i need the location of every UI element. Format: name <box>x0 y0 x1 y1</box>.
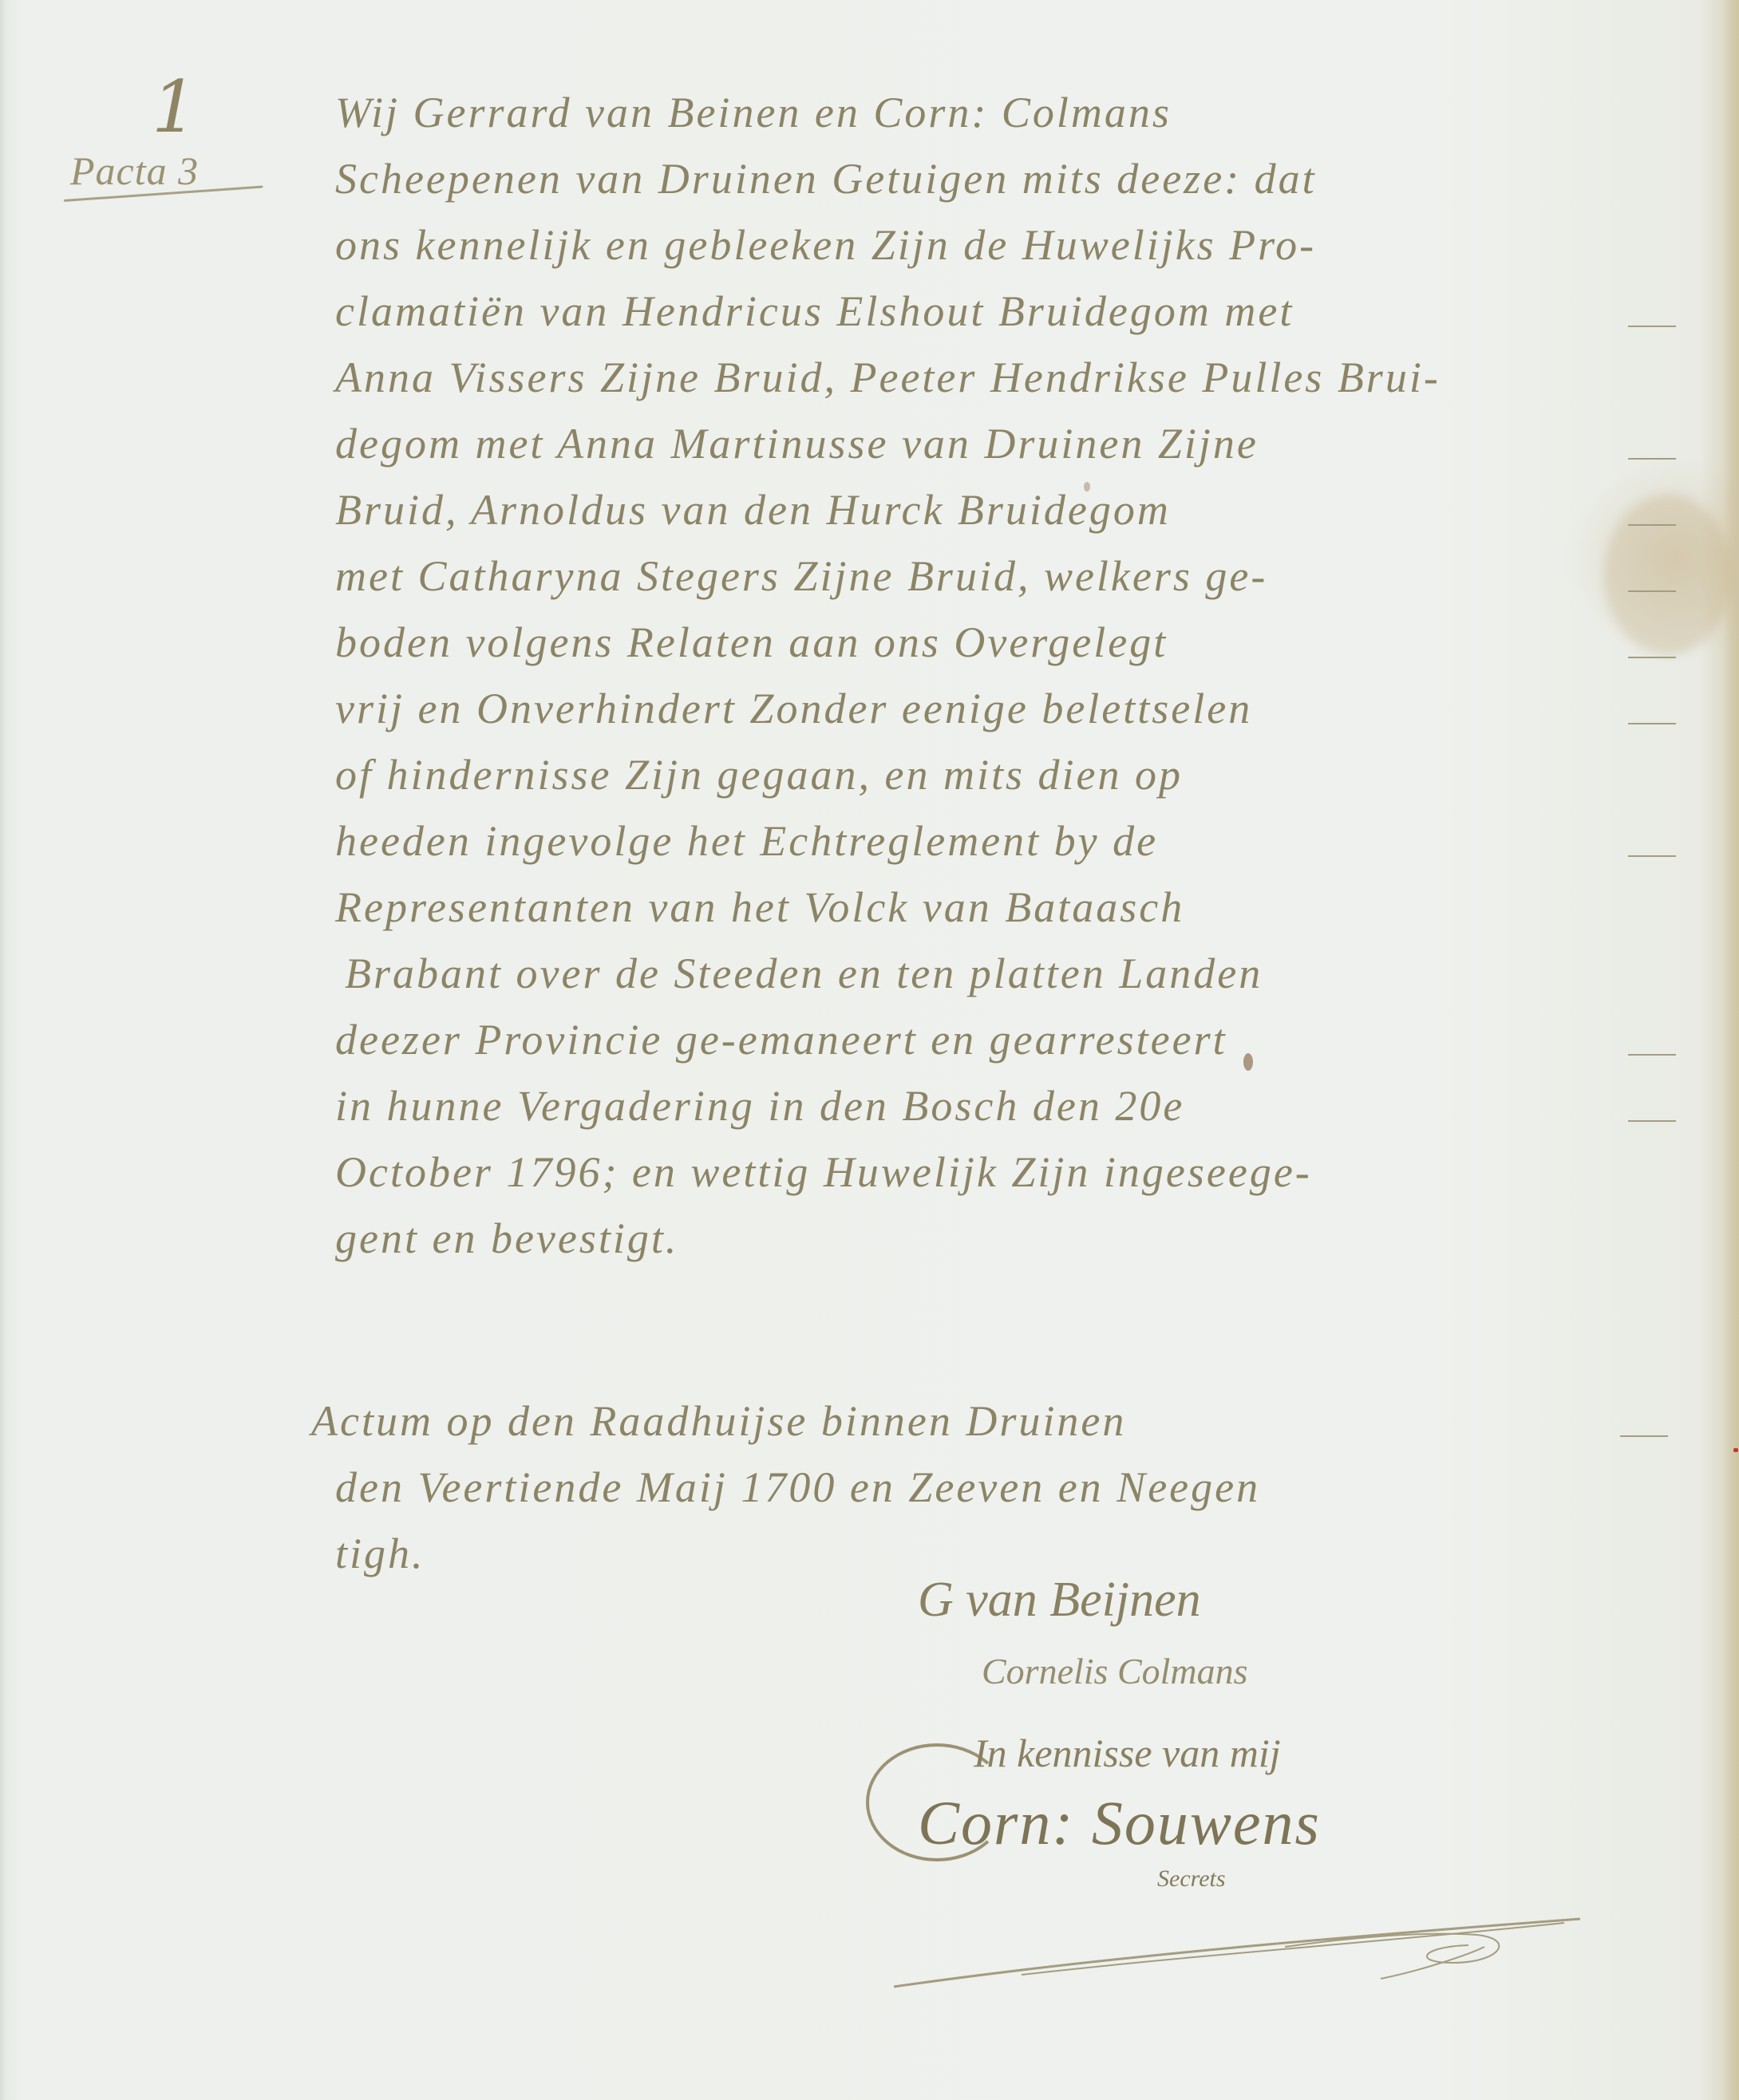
record-body: Wij Gerrard van Beinen en Corn: Colmans … <box>335 80 1676 1272</box>
text-line: Brabant over de Steeden en ten platten L… <box>335 941 1676 1007</box>
signature-colmans: Cornelis Colmans <box>982 1636 1700 1707</box>
text-line: of hindernisse Zijn gegaan, en mits dien… <box>335 742 1676 808</box>
margin-label: Pacta 3 <box>70 148 199 194</box>
text-line: October 1796; en wettig Huwelijk Zijn in… <box>335 1139 1676 1206</box>
text-line: Anna Vissers Zijne Bruid, Peeter Hendrik… <box>335 345 1676 411</box>
margin-sigil: 1 <box>152 72 197 144</box>
text-line: boden volgens Relaten aan ons Overgelegt <box>335 610 1676 676</box>
text-line: Wij Gerrard van Beinen en Corn: Colmans <box>335 80 1676 146</box>
page-binding-edge <box>1723 0 1739 2100</box>
text-line: Bruid, Arnoldus van den Hurck Bruidegom <box>335 477 1676 543</box>
text-line: Scheepenen van Druinen Getuigen mits dee… <box>335 146 1676 212</box>
manuscript-page: 1 Pacta 3 Wij Gerrard van Beinen en Corn… <box>0 0 1739 2100</box>
signature-paraph <box>862 1899 1628 1995</box>
signature-souwens: Corn: Souwens <box>918 1783 1636 1863</box>
text-line: clamatiën van Hendricus Elshout Bruidego… <box>335 278 1676 345</box>
text-line: heeden ingevolge het Echtreglement by de <box>335 808 1676 874</box>
text-line: vrij en Onverhindert Zonder eenige belet… <box>335 676 1676 742</box>
page-left-edge <box>0 0 6 2100</box>
margin-annotation: 1 Pacta 3 <box>64 72 271 207</box>
red-ink-mark <box>1733 1448 1738 1452</box>
closing-line: Actum op den Raadhuijse binnen Druinen <box>311 1388 1668 1455</box>
signature-block: G van Beijnen Cornelis Colmans In kennis… <box>918 1564 1636 1895</box>
text-line: ons kennelijk en gebleeken Zijn de Huwel… <box>335 212 1676 278</box>
record-closing: Actum op den Raadhuijse binnen Druinen d… <box>311 1388 1668 1587</box>
text-line: in hunne Vergadering in den Bosch den 20… <box>335 1073 1676 1139</box>
closing-line: den Veertiende Maij 1700 en Zeeven en Ne… <box>311 1455 1668 1521</box>
text-line: degom met Anna Martinusse van Druinen Zi… <box>335 411 1676 477</box>
secretary-title: Secrets <box>1157 1863 1739 1895</box>
text-line: Representanten van het Volck van Bataasc… <box>335 874 1676 941</box>
text-line: deezer Provincie ge-emaneert en gearrest… <box>335 1007 1676 1073</box>
signature-van-beijnen: G van Beijnen <box>918 1564 1636 1636</box>
text-line: met Catharyna Stegers Zijne Bruid, welke… <box>335 543 1676 610</box>
attestation-line: In kennisse van mij <box>974 1715 1692 1791</box>
text-line: gent en bevestigt. <box>335 1206 1676 1272</box>
